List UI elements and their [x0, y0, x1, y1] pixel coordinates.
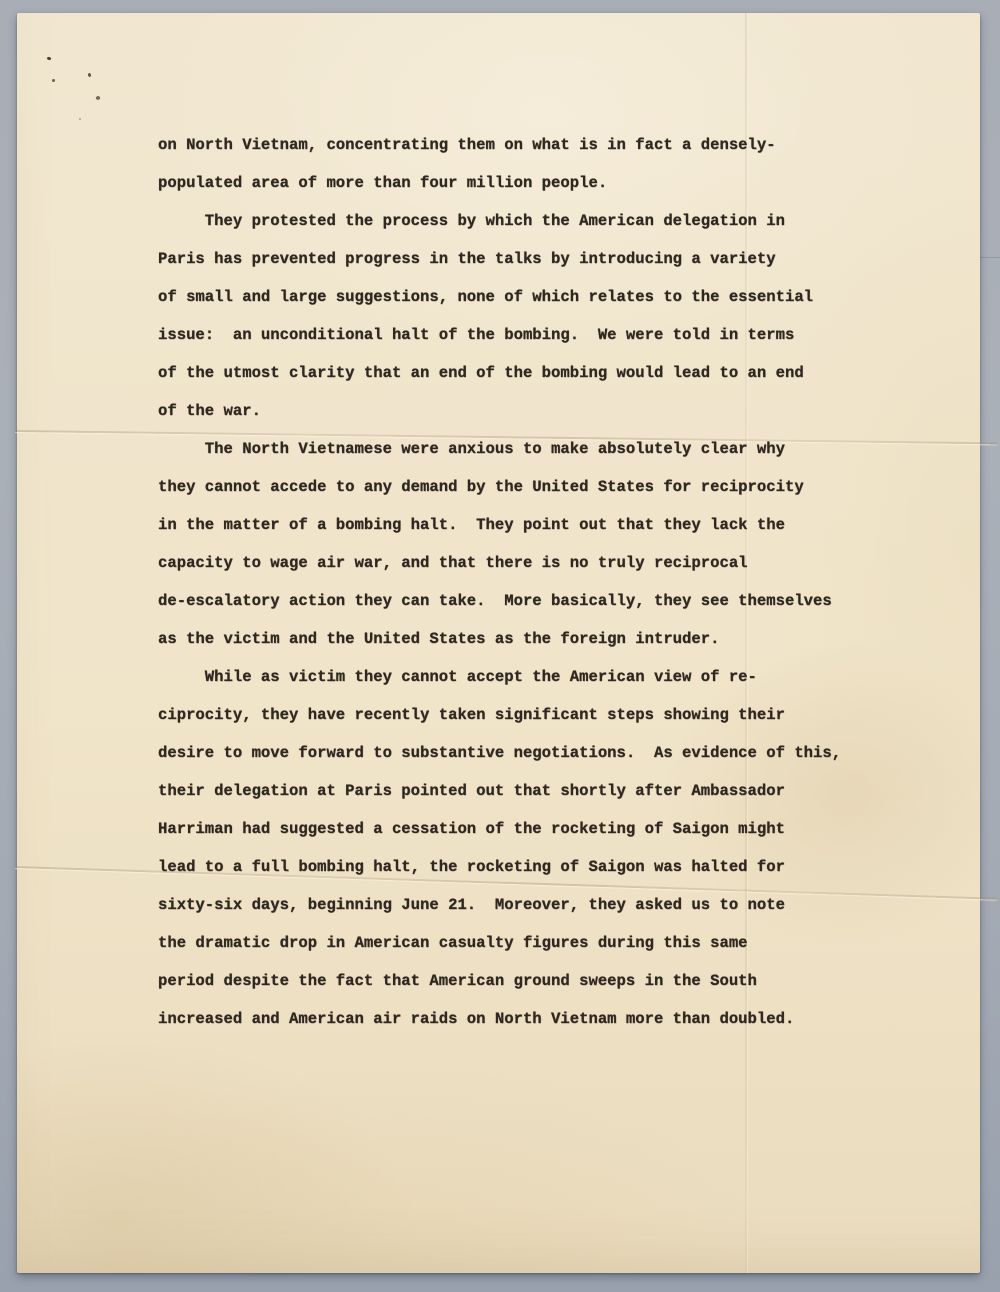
- text-line: the dramatic drop in American casualty f…: [158, 924, 841, 962]
- text-line: desire to move forward to substantive ne…: [158, 734, 841, 772]
- text-line: in the matter of a bombing halt. They po…: [158, 506, 841, 544]
- typewritten-text: on North Vietnam, concentrating them on …: [158, 126, 841, 1038]
- ink-speck: [79, 118, 81, 120]
- ink-speck: [88, 73, 92, 78]
- ink-speck: [47, 56, 52, 60]
- text-line: The North Vietnamese were anxious to mak…: [158, 430, 841, 468]
- paragraph: While as victim they cannot accept the A…: [158, 658, 841, 1038]
- text-line: capacity to wage air war, and that there…: [158, 544, 841, 582]
- text-line: on North Vietnam, concentrating them on …: [158, 126, 841, 164]
- text-line: de-escalatory action they can take. More…: [158, 582, 841, 620]
- text-line: their delegation at Paris pointed out th…: [158, 772, 841, 810]
- text-line: sixty-six days, beginning June 21. Moreo…: [158, 886, 841, 924]
- text-line: increased and American air raids on Nort…: [158, 1000, 841, 1038]
- text-line: of the war.: [158, 392, 841, 430]
- text-line: Paris has prevented progress in the talk…: [158, 240, 841, 278]
- scanner-background: on North Vietnam, concentrating them on …: [0, 0, 1000, 1292]
- paragraph: The North Vietnamese were anxious to mak…: [158, 430, 841, 658]
- text-line: they cannot accede to any demand by the …: [158, 468, 841, 506]
- text-line: While as victim they cannot accept the A…: [158, 658, 841, 696]
- text-line: of small and large suggestions, none of …: [158, 278, 841, 316]
- document-page: on North Vietnam, concentrating them on …: [17, 13, 980, 1273]
- text-line: They protested the process by which the …: [158, 202, 841, 240]
- text-line: period despite the fact that American gr…: [158, 962, 841, 1000]
- ink-speck: [52, 79, 55, 82]
- text-line: of the utmost clarity that an end of the…: [158, 354, 841, 392]
- text-line: lead to a full bombing halt, the rocketi…: [158, 848, 841, 886]
- text-line: populated area of more than four million…: [158, 164, 841, 202]
- paragraph: They protested the process by which the …: [158, 202, 841, 430]
- text-line: issue: an unconditional halt of the bomb…: [158, 316, 841, 354]
- text-line: as the victim and the United States as t…: [158, 620, 841, 658]
- text-line: ciprocity, they have recently taken sign…: [158, 696, 841, 734]
- text-line: Harriman had suggested a cessation of th…: [158, 810, 841, 848]
- paragraph: on North Vietnam, concentrating them on …: [158, 126, 841, 202]
- ink-speck: [95, 95, 101, 101]
